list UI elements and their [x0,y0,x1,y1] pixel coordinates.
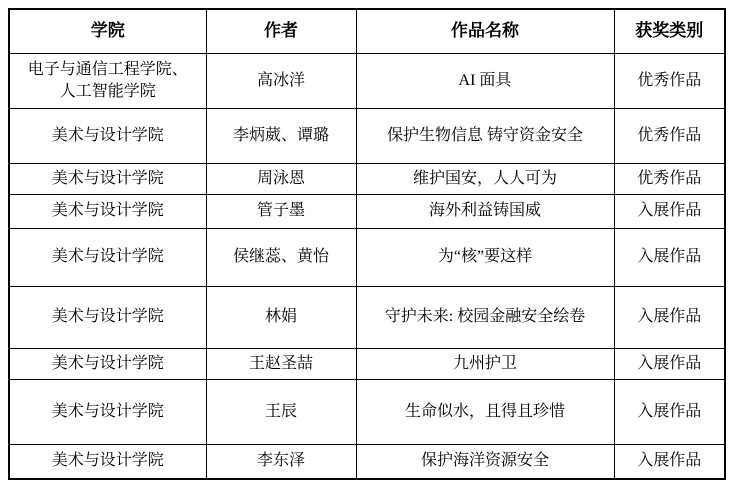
cell-award: 优秀作品 [614,163,725,194]
cell-author: 林娟 [206,286,356,348]
cell-title: 维护国安，人人可为 [356,163,614,194]
cell-author: 李炳葳、谭璐 [206,108,356,163]
cell-award: 入展作品 [614,379,725,444]
cell-author: 王辰 [206,379,356,444]
cell-college: 美术与设计学院 [9,108,206,163]
cell-author: 高冰洋 [206,53,356,108]
column-header-author: 作者 [206,9,356,53]
column-header-title: 作品名称 [356,9,614,53]
cell-author: 周泳恩 [206,163,356,194]
table-row: 美术与设计学院 林娟 守护未来: 校园金融安全绘卷 入展作品 [9,286,725,348]
cell-college: 电子与通信工程学院、 人工智能学院 [9,53,206,108]
cell-award: 优秀作品 [614,108,725,163]
cell-author: 侯继蕊、黄怡 [206,228,356,286]
cell-college: 美术与设计学院 [9,194,206,228]
column-header-award: 获奖类别 [614,9,725,53]
award-table: 学院 作者 作品名称 获奖类别 电子与通信工程学院、 人工智能学院 高冰洋 AI… [8,8,726,480]
cell-author: 李东泽 [206,444,356,479]
cell-title: AI 面具 [356,53,614,108]
cell-college: 美术与设计学院 [9,286,206,348]
table-row: 美术与设计学院 王赵圣喆 九州护卫 入展作品 [9,348,725,379]
award-table-header: 学院 作者 作品名称 获奖类别 [9,9,725,53]
table-row: 美术与设计学院 李炳葳、谭璐 保护生物信息 铸守资金安全 优秀作品 [9,108,725,163]
cell-author: 管子墨 [206,194,356,228]
award-table-body: 电子与通信工程学院、 人工智能学院 高冰洋 AI 面具 优秀作品 美术与设计学院… [9,53,725,479]
cell-author: 王赵圣喆 [206,348,356,379]
column-header-college: 学院 [9,9,206,53]
cell-title: 为“核”要这样 [356,228,614,286]
cell-title: 守护未来: 校园金融安全绘卷 [356,286,614,348]
cell-college: 美术与设计学院 [9,444,206,479]
table-row: 美术与设计学院 管子墨 海外利益铸国威 入展作品 [9,194,725,228]
table-row: 美术与设计学院 李东泽 保护海洋资源安全 入展作品 [9,444,725,479]
cell-college: 美术与设计学院 [9,228,206,286]
cell-award: 优秀作品 [614,53,725,108]
header-row: 学院 作者 作品名称 获奖类别 [9,9,725,53]
table-row: 美术与设计学院 王辰 生命似水，且得且珍惜 入展作品 [9,379,725,444]
cell-title: 九州护卫 [356,348,614,379]
cell-title: 保护海洋资源安全 [356,444,614,479]
table-row: 美术与设计学院 周泳恩 维护国安，人人可为 优秀作品 [9,163,725,194]
cell-award: 入展作品 [614,286,725,348]
cell-title: 生命似水，且得且珍惜 [356,379,614,444]
table-row: 电子与通信工程学院、 人工智能学院 高冰洋 AI 面具 优秀作品 [9,53,725,108]
cell-award: 入展作品 [614,444,725,479]
cell-college: 美术与设计学院 [9,348,206,379]
cell-college: 美术与设计学院 [9,163,206,194]
cell-award: 入展作品 [614,348,725,379]
cell-title: 保护生物信息 铸守资金安全 [356,108,614,163]
cell-award: 入展作品 [614,228,725,286]
cell-college: 美术与设计学院 [9,379,206,444]
cell-title: 海外利益铸国威 [356,194,614,228]
cell-award: 入展作品 [614,194,725,228]
table-row: 美术与设计学院 侯继蕊、黄怡 为“核”要这样 入展作品 [9,228,725,286]
